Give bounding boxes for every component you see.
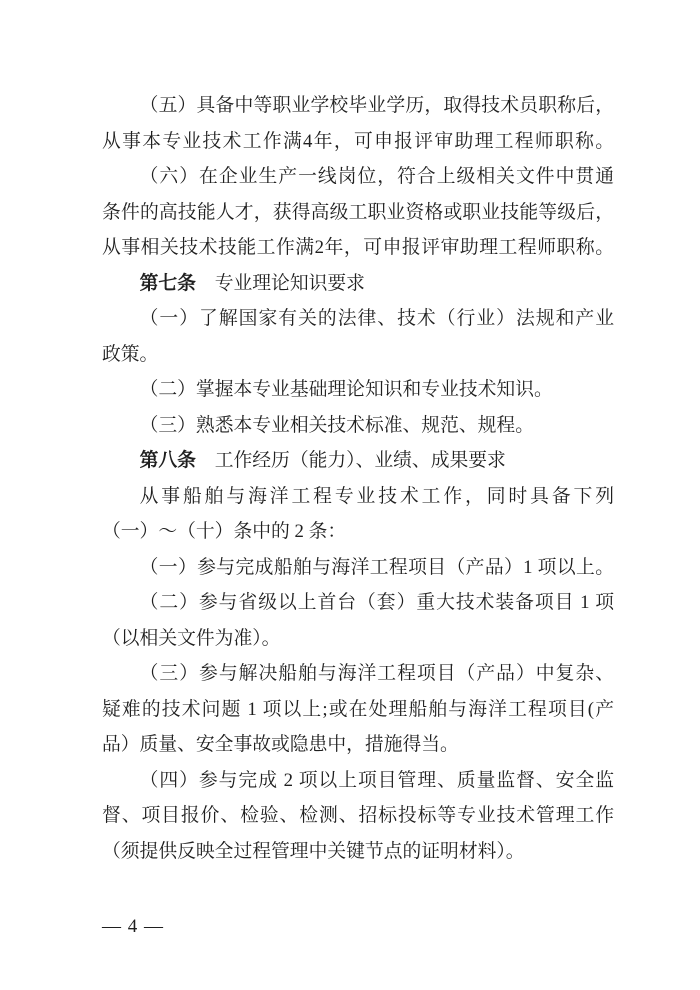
text-segment: 专业理论知识要求 xyxy=(196,273,365,294)
text-line: （一）参与完成船舶与海洋工程项目（产品）1 项以上。 xyxy=(102,550,614,586)
document-page: （五）具备中等职业学校毕业学历，取得技术员职称后，从事本专业技术工作满4年，可申… xyxy=(0,0,700,990)
text-segment: （一）了解国家有关的法律、技术（行业）法规和产业 xyxy=(140,308,614,329)
text-line: 疑难的技术问题 1 项以上;或在处理船舶与海洋工程项目(产 xyxy=(102,692,614,728)
text-segment: （五）具备中等职业学校毕业学历，取得技术员职称后， xyxy=(140,95,614,116)
text-segment: （二）参与省级以上首台（套）重大技术装备项目 1 项 xyxy=(140,592,614,613)
page-number: — 4 — xyxy=(102,916,164,938)
text-line: 从事本专业技术工作满4年，可申报评审助理工程师职称。 xyxy=(102,124,614,160)
text-line: （一）～（十）条中的 2 条： xyxy=(102,514,614,550)
text-line: （五）具备中等职业学校毕业学历，取得技术员职称后， xyxy=(102,88,614,124)
text-segment: 督、项目报价、检验、检测、招标投标等专业技术管理工作 xyxy=(102,805,614,826)
text-segment: （须提供反映全过程管理中关键节点的证明材料）。 xyxy=(102,841,525,862)
text-line: 督、项目报价、检验、检测、招标投标等专业技术管理工作 xyxy=(102,798,614,834)
text-line: 政策。 xyxy=(102,337,614,373)
text-segment: 品）质量、安全事故或隐患中，措施得当。 xyxy=(102,734,459,755)
text-segment: （以相关文件为准）。 xyxy=(102,628,280,649)
text-line: （三）熟悉本专业相关技术标准、规范、规程。 xyxy=(102,408,614,444)
document-body: （五）具备中等职业学校毕业学历，取得技术员职称后，从事本专业技术工作满4年，可申… xyxy=(102,88,614,869)
text-line: 第八条 工作经历（能力）、业绩、成果要求 xyxy=(102,443,614,479)
text-line: （须提供反映全过程管理中关键节点的证明材料）。 xyxy=(102,834,614,870)
text-line: （以相关文件为准）。 xyxy=(102,621,614,657)
text-segment: （三）参与解决船舶与海洋工程项目（产品）中复杂、 xyxy=(140,663,614,684)
text-segment: 疑难的技术问题 1 项以上;或在处理船舶与海洋工程项目(产 xyxy=(102,699,614,720)
article-number: 第七条 xyxy=(140,273,196,294)
text-line: （三）参与解决船舶与海洋工程项目（产品）中复杂、 xyxy=(102,656,614,692)
article-number: 第八条 xyxy=(140,450,196,471)
text-line: 条件的高技能人才，获得高级工职业资格或职业技能等级后， xyxy=(102,195,614,231)
text-segment: （四）参与完成 2 项以上项目管理、质量监督、安全监 xyxy=(140,770,614,791)
text-line: （一）了解国家有关的法律、技术（行业）法规和产业 xyxy=(102,301,614,337)
text-segment: 政策。 xyxy=(102,344,158,365)
text-segment: 从事本专业技术工作满4年，可申报评审助理工程师职称。 xyxy=(102,131,614,152)
text-line: 第七条 专业理论知识要求 xyxy=(102,266,614,302)
text-segment: 从事船舶与海洋工程专业技术工作，同时具备下列 xyxy=(140,486,614,507)
text-line: 从事相关技术技能工作满2年，可申报评审助理工程师职称。 xyxy=(102,230,614,266)
text-line: （四）参与完成 2 项以上项目管理、质量监督、安全监 xyxy=(102,763,614,799)
text-line: （二）参与省级以上首台（套）重大技术装备项目 1 项 xyxy=(102,585,614,621)
text-line: （二）掌握本专业基础理论知识和专业技术知识。 xyxy=(102,372,614,408)
text-line: （六）在企业生产一线岗位，符合上级相关文件中贯通 xyxy=(102,159,614,195)
text-line: 从事船舶与海洋工程专业技术工作，同时具备下列 xyxy=(102,479,614,515)
text-segment: （一）～（十）条中的 2 条： xyxy=(102,521,346,542)
text-segment: （一）参与完成船舶与海洋工程项目（产品）1 项以上。 xyxy=(140,557,614,578)
text-segment: （二）掌握本专业基础理论知识和专业技术知识。 xyxy=(140,379,553,400)
text-segment: 从事相关技术技能工作满2年，可申报评审助理工程师职称。 xyxy=(102,237,614,258)
text-line: 品）质量、安全事故或隐患中，措施得当。 xyxy=(102,727,614,763)
text-segment: （六）在企业生产一线岗位，符合上级相关文件中贯通 xyxy=(140,166,614,187)
text-segment: 工作经历（能力）、业绩、成果要求 xyxy=(196,450,506,471)
text-segment: （三）熟悉本专业相关技术标准、规范、规程。 xyxy=(140,415,534,436)
text-segment: 条件的高技能人才，获得高级工职业资格或职业技能等级后， xyxy=(102,202,614,223)
